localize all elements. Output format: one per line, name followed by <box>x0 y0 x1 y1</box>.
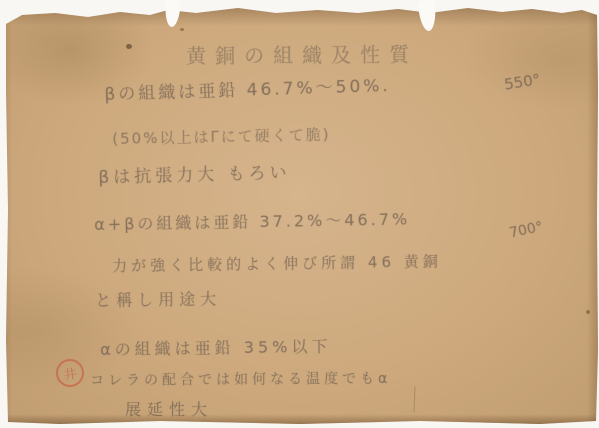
handwritten-line-mixture: コレラの配合では如何なる温度でもα <box>90 368 391 390</box>
paper-speck <box>586 310 590 314</box>
handwritten-line-beta-property: βは抗張力大 もろい <box>98 158 291 188</box>
note-title: 黄銅の組織及性質 <box>186 38 418 69</box>
handwritten-line-usage: と稱し用途大 <box>95 286 221 311</box>
handwritten-line-alpha-composition: αの組織は亜鉛 35%以下 <box>100 334 332 360</box>
scanned-note-page: 黄銅の組織及性質 βの組織は亜鉛 46.7%〜50%. 550° (50%以上は… <box>0 0 599 428</box>
paper-speck <box>180 28 184 31</box>
handwritten-line-ductility: 展延性大 <box>125 397 213 420</box>
paper-speck <box>126 44 132 49</box>
